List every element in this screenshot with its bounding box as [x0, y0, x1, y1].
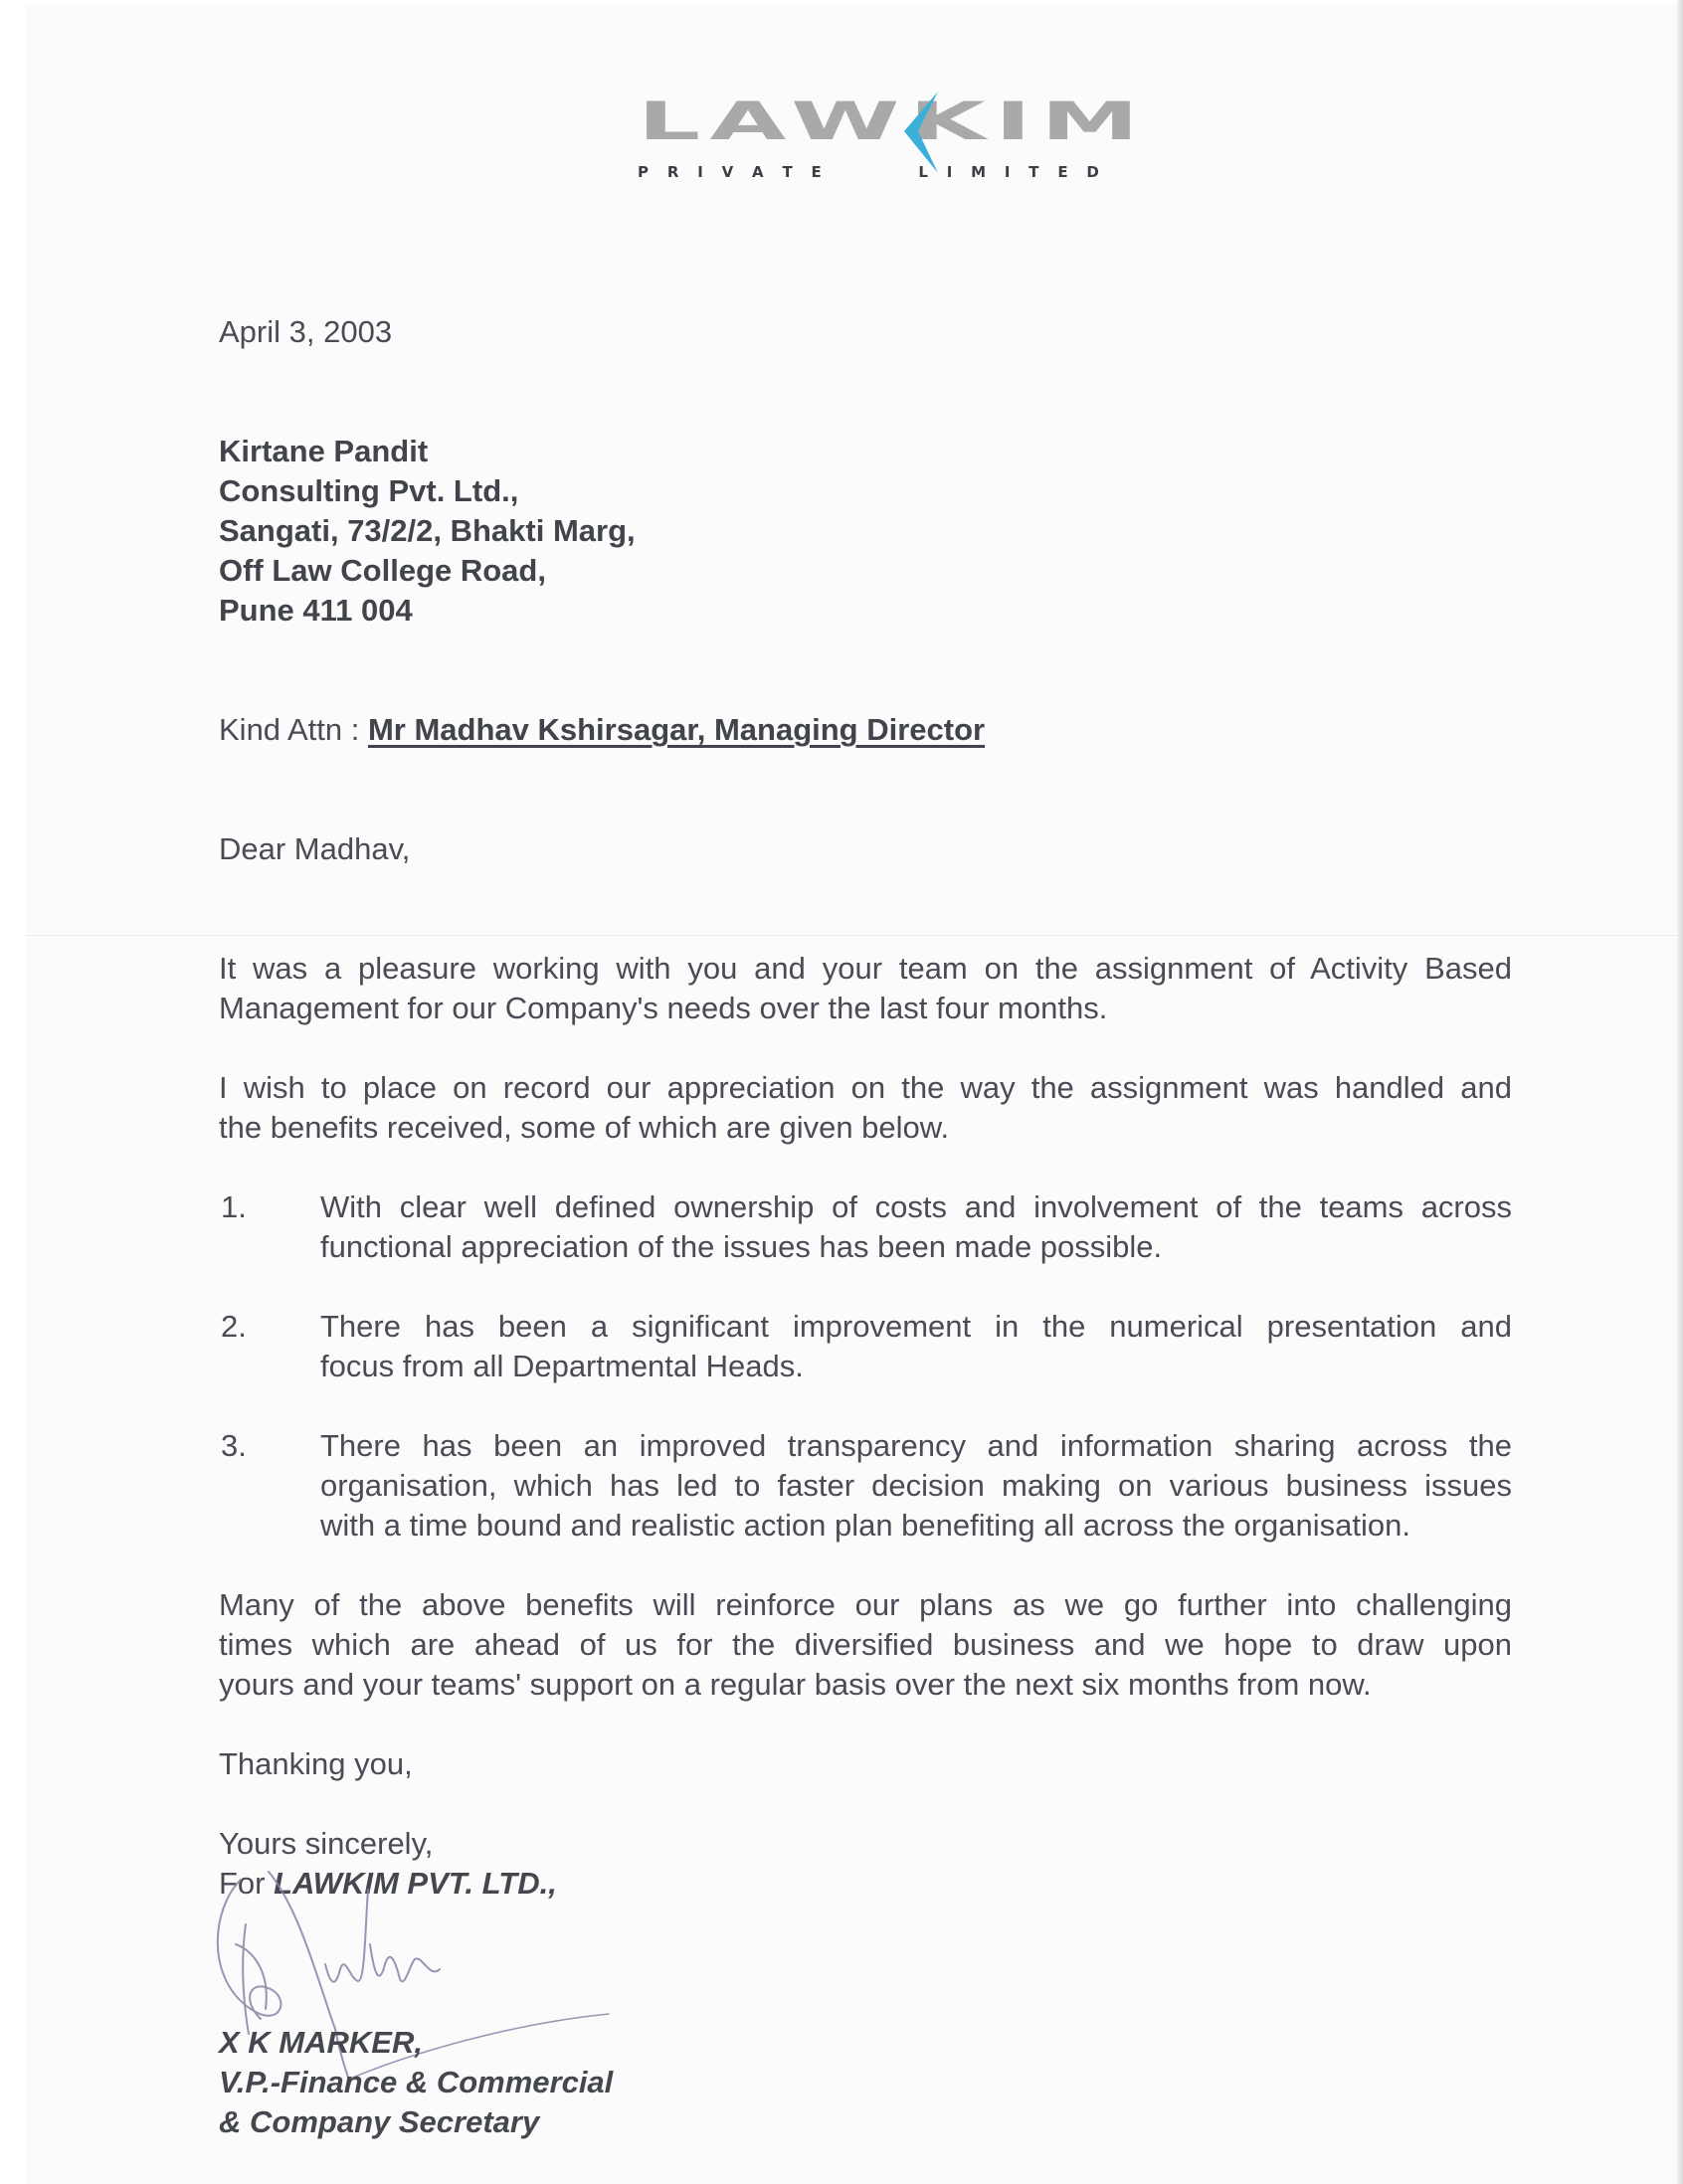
list-line: organisation, which has led to faster de… — [320, 1466, 1512, 1506]
address-line: Off Law College Road, — [219, 551, 546, 591]
sign-off: Yours sincerely, — [219, 1824, 433, 1864]
attention-line: Kind Attn : Mr Madhav Kshirsagar, Managi… — [219, 710, 985, 750]
list-line: focus from all Departmental Heads. — [320, 1347, 804, 1386]
signatory-title: & Company Secretary — [219, 2102, 539, 2142]
list-number: 1. — [221, 1187, 247, 1227]
thanks-line: Thanking you, — [219, 1744, 413, 1784]
signatory-title: V.P.-Finance & Commercial — [219, 2063, 613, 2102]
list-number: 3. — [221, 1426, 247, 1466]
attention-label: Kind Attn : — [219, 712, 359, 747]
list-line: with a time bound and realistic action p… — [320, 1506, 1410, 1546]
paragraph-line: times which are ahead of us for the dive… — [219, 1625, 1512, 1665]
address-line: Consulting Pvt. Ltd., — [219, 471, 518, 511]
paragraph-line: It was a pleasure working with you and y… — [219, 949, 1512, 989]
scan-edge — [1677, 0, 1683, 2184]
list-line: There has been a significant improvement… — [320, 1307, 1512, 1347]
list-line: There has been an improved transparency … — [320, 1426, 1512, 1466]
list-number: 2. — [221, 1307, 247, 1347]
letter-date: April 3, 2003 — [219, 312, 392, 352]
address-line: Pune 411 004 — [219, 591, 413, 631]
logo-wordmark: LAWKIM — [638, 97, 1148, 146]
signatory-name: X K MARKER, — [219, 2023, 423, 2063]
list-line: functional appreciation of the issues ha… — [320, 1227, 1162, 1267]
salutation: Dear Madhav, — [219, 829, 410, 869]
attention-name: Mr Madhav Kshirsagar, Managing Director — [368, 712, 985, 747]
scan-fold-line — [26, 935, 1677, 936]
paragraph-line: I wish to place on record our appreciati… — [219, 1068, 1512, 1108]
chevron-logo-icon — [904, 91, 944, 173]
logo-subtitle: P R I V A T E L I M I T E D — [638, 163, 1099, 181]
paragraph-line: the benefits received, some of which are… — [219, 1108, 949, 1148]
address-line: Kirtane Pandit — [219, 432, 428, 471]
paragraph-line: Many of the above benefits will reinforc… — [219, 1585, 1512, 1625]
address-line: Sangati, 73/2/2, Bhakti Marg, — [219, 511, 636, 551]
company-logo: LAWKIM P R I V A T E L I M I T E D — [638, 91, 1099, 183]
paragraph-line: yours and your teams' support on a regul… — [219, 1665, 1372, 1705]
paragraph-line: Management for our Company's needs over … — [219, 989, 1107, 1028]
list-line: With clear well defined ownership of cos… — [320, 1187, 1512, 1227]
